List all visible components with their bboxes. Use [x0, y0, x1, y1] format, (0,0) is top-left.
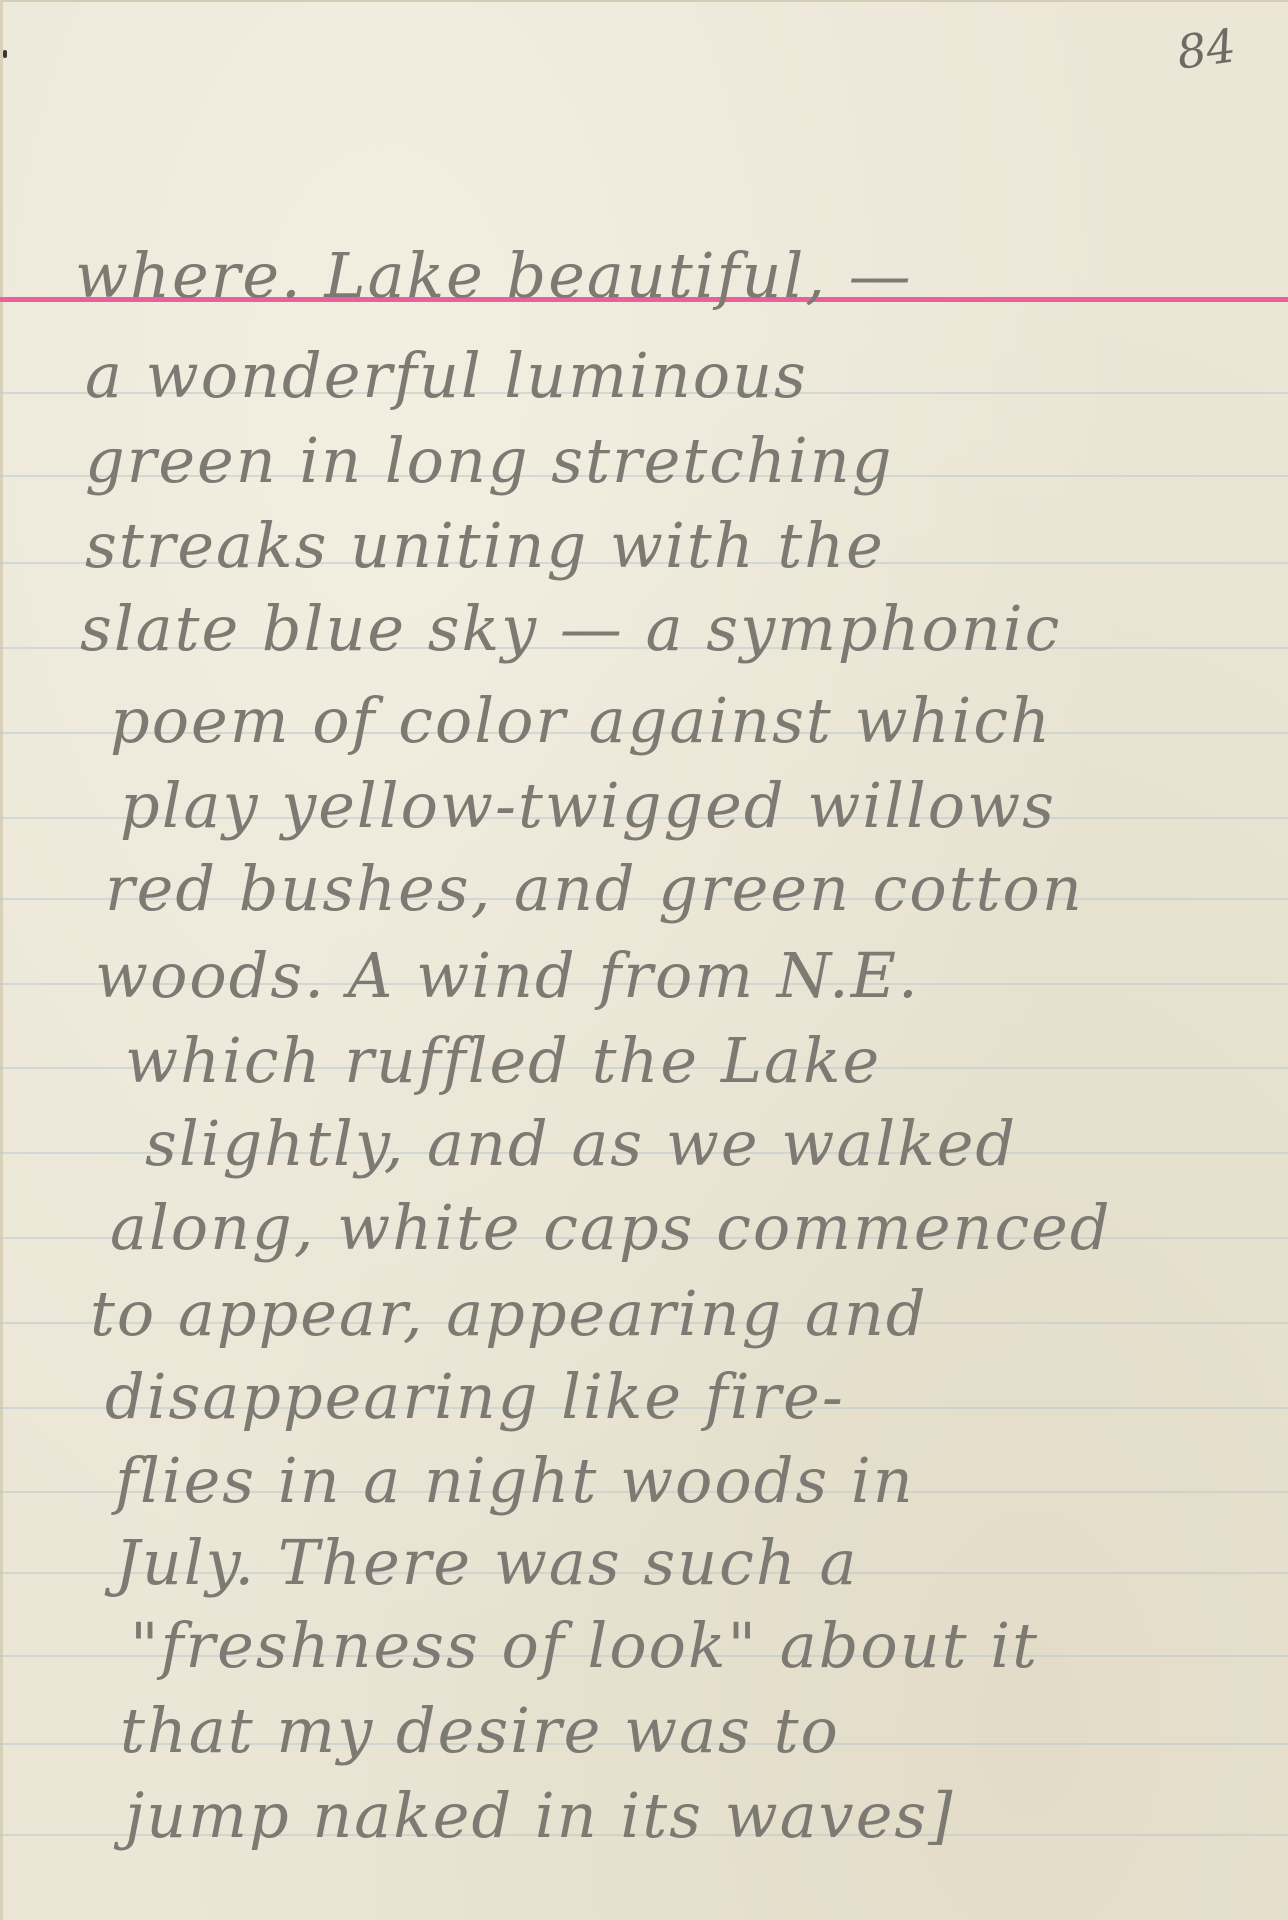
text-line: streaks uniting with the: [85, 515, 1288, 577]
text-line: July. There was such a: [115, 1532, 1288, 1594]
text-line: jump naked in its waves]: [125, 1785, 1288, 1847]
text-line: where. Lake beautiful, —: [75, 245, 1288, 307]
text-line: disappearing like fire-: [105, 1366, 1288, 1428]
text-line: which ruffled the Lake: [125, 1030, 1288, 1092]
notebook-page: 84 where. Lake beautiful, — a wonderful …: [0, 0, 1288, 1920]
text-line: slate blue sky — a symphonic: [80, 598, 1288, 660]
text-line: to appear, appearing and: [90, 1283, 1288, 1345]
text-line: woods. A wind from N.E.: [95, 945, 1288, 1007]
text-line: a wonderful luminous: [85, 345, 1288, 407]
text-line: poem of color against which: [110, 690, 1288, 752]
text-line: "freshness of look" about it: [130, 1615, 1288, 1677]
text-line: slightly, and as we walked: [145, 1113, 1288, 1175]
text-line: green in long stretching: [85, 430, 1288, 492]
ink-speck: [3, 50, 7, 58]
page-number: 84: [1174, 18, 1239, 80]
text-line: play yellow-twigged willows: [120, 775, 1288, 837]
text-line: flies in a night woods in: [115, 1450, 1288, 1512]
text-line: that my desire was to: [120, 1700, 1288, 1762]
text-line: along, white caps commenced: [110, 1197, 1288, 1259]
text-line: red bushes, and green cotton: [105, 858, 1288, 920]
